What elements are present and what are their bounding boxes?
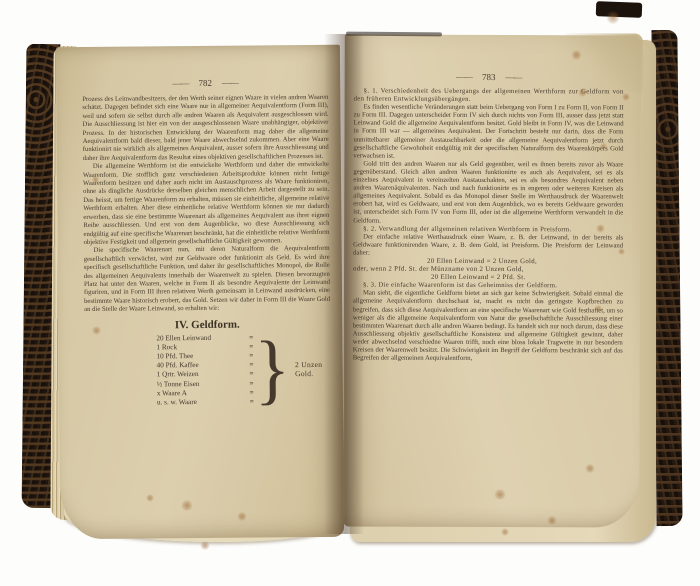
paragraph: Prozess des Leinwandbesitzers, der den W… [82,94,329,163]
paragraph: Es finden wesentliche Veränderungen stat… [353,104,623,162]
paragraph: Die specifische Waarenart nun, mit deren… [84,245,331,314]
rule-dash: —— [505,72,521,82]
equals-sign: = [249,370,253,379]
foxing-spot [200,541,210,550]
commodity-label: 40 Pfd. Kaffee [157,361,199,371]
paragraph: Man sieht, die eigentliche Geldform biet… [353,290,623,364]
right-cover-board [651,30,682,526]
section-heading: §. 1. Verschiedenheit des Uebergangs der… [354,88,624,105]
book-photo: ——782—— Prozess des Leinwandbesitzers, d… [0,0,700,586]
rule-dash: —— [456,72,472,82]
money-form-heading: IV. Geldform. [84,317,330,331]
commodity-label: ½ Tonne Eisen [157,380,200,390]
equals-sign: = [249,361,253,370]
left-text-column: ——782—— Prozess des Leinwandbesitzers, d… [82,77,331,408]
equals-sign: = [249,351,253,360]
money-form-result: 2 Unzen Gold. [295,360,331,378]
spine-top-edge [596,1,642,18]
equals-sign: = [250,388,254,397]
table-row: u. s. w. Waare= [157,397,254,407]
rule-dash: —— [172,78,188,88]
commodity-label: 1 Rock [156,343,177,352]
equals-sign: = [250,397,254,406]
paragraph: Gold tritt den andren Waaren nur als Gel… [353,160,623,226]
brace-glyph: } [254,331,290,408]
right-page-top-shadow [346,32,442,37]
commodity-label: x Waare A [157,389,187,398]
right-text-column: ——783—— §. 1. Verschiedenheit des Ueberg… [353,72,624,364]
commodity-label: u. s. w. Waare [157,398,197,408]
equals-sign: = [249,333,253,342]
rule-dash: —— [222,78,238,88]
commodity-label: 1 Qrtr. Weizen [157,370,199,380]
money-form-table: 20 Ellen Leinwand= 1 Rock= 10 Pfd. Thee=… [156,332,331,407]
commodity-label: 10 Pfd. Thee [157,352,194,362]
right-page: ——783—— §. 1. Verschiedenheit des Ueberg… [343,34,641,527]
left-page: ——782—— Prozess des Leinwandbesitzers, d… [56,45,344,539]
paragraph: Der einfache relative Werthausdruck eine… [353,233,623,258]
equals-sign: = [249,379,253,388]
equals-sign: = [249,342,253,351]
commodity-label: 20 Ellen Leinwand [156,333,211,343]
money-form-rows: 20 Ellen Leinwand= 1 Rock= 10 Pfd. Thee=… [156,333,253,407]
page-number-left-value: 782 [198,78,212,88]
page-number-right-value: 783 [482,72,496,82]
paragraph: Die allgemeine Werthform ist die entwick… [83,161,330,247]
